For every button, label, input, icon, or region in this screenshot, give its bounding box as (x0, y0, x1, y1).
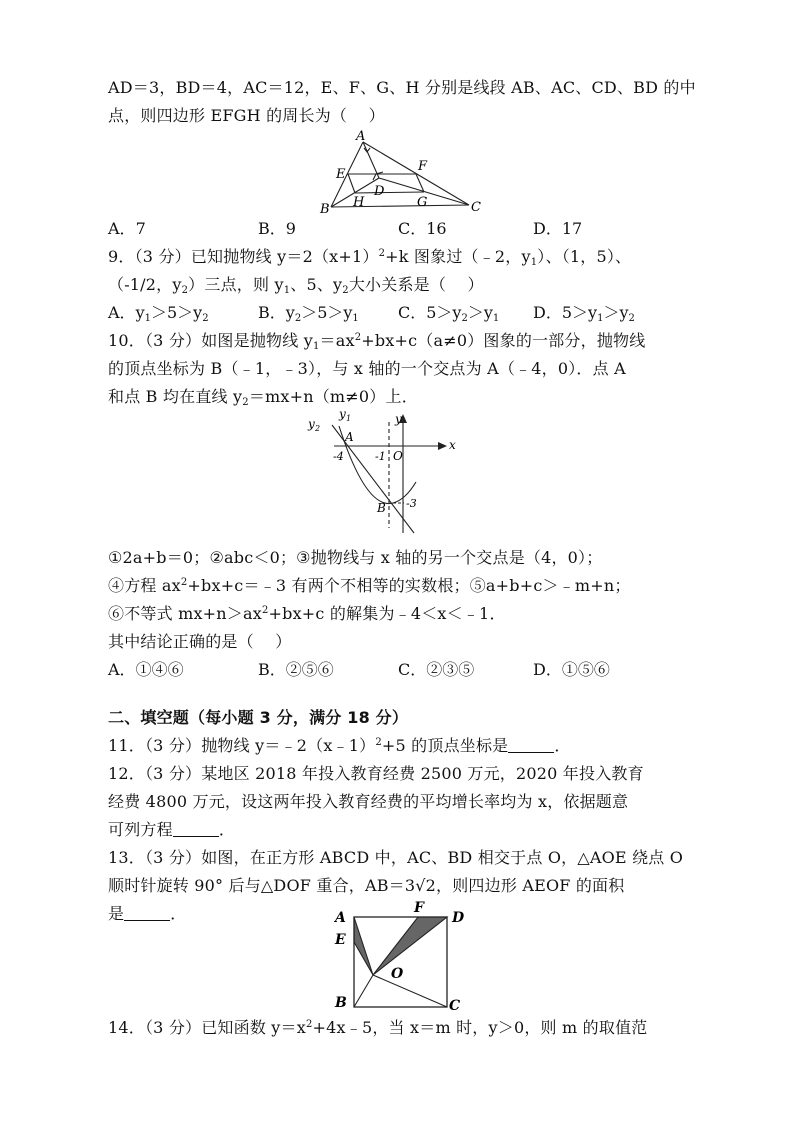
q10-text-line-1: 10．（3 分）如图是抛物线 y1＝ax2+bx+c（a≠0）图象的一部分，抛物… (108, 331, 645, 351)
label-y-axis: y (394, 412, 402, 426)
label-O: O (393, 449, 403, 463)
q12-answer-blank[interactable] (173, 822, 219, 837)
q13-square-figure: A E F D O B C (325, 895, 470, 1013)
label-neg1: -1 (375, 450, 386, 463)
label-O: O (391, 966, 404, 982)
q13-answer-blank[interactable] (124, 906, 170, 921)
label-A: A (355, 129, 365, 144)
q13-text-line-2: 顺时针旋转 90° 后与△DOF 重合，AB＝3√2，则四边形 AEOF 的面积 (108, 876, 624, 896)
label-G: G (417, 195, 427, 210)
svg-text:2: 2 (314, 424, 320, 433)
q9-text-line-2: （-1/2，y2）三点，则 y1、5、y2大小关系是（ ） (108, 275, 484, 295)
label-C: C (471, 200, 481, 215)
q10-option-b[interactable]: B．②⑤⑥ (258, 660, 334, 680)
section-2-heading: 二、填空题（每小题 3 分，满分 18 分） (108, 708, 408, 728)
q13-text-line-1: 13．（3 分）如图，在正方形 ABCD 中，AC、BD 相交于点 O，△AOE… (108, 848, 683, 868)
q9-option-d[interactable]: D．5＞y1＞y2 (533, 303, 635, 323)
q13-text-line-3: 是． (108, 904, 186, 924)
q10-statement-line-3: ⑥不等式 mx+n＞ax2+bx+c 的解集为﹣4＜x＜﹣1． (108, 604, 506, 624)
label-x-axis: x (449, 438, 456, 452)
svg-text:1: 1 (346, 414, 351, 423)
q10-ask: 其中结论正确的是（ ） (108, 632, 292, 652)
label-A: A (344, 430, 354, 444)
label-F: F (417, 159, 428, 174)
label-y2: y (307, 417, 315, 431)
label-D: D (373, 184, 385, 199)
q10-parabola-graph: y 1 y 2 y x A -4 -1 O -3 B (300, 405, 465, 540)
q8-option-c[interactable]: C．16 (398, 219, 447, 239)
label-C: C (449, 998, 460, 1013)
q9-option-a[interactable]: A．y1＞5＞y2 (108, 303, 209, 323)
label-neg3: -3 (406, 497, 417, 510)
q11-text: 11．（3 分）抛物线 y＝﹣2（x﹣1）2+5 的顶点坐标是． (108, 736, 571, 756)
q10-text-line-3: 和点 B 均在直线 y2＝mx+n（m≠0）上． (108, 387, 418, 407)
label-D: D (451, 910, 465, 926)
label-B: B (319, 202, 330, 217)
q12-text-line-3: 可列方程． (108, 820, 235, 840)
label-H: H (352, 195, 365, 210)
q14-text: 14．（3 分）已知函数 y＝x2+4x﹣5，当 x＝m 时，y＞0，则 m 的… (108, 1018, 647, 1038)
q9-option-c[interactable]: C．5＞y2＞y1 (398, 303, 499, 323)
q8-triangle-figure: A E F D H G B C (315, 128, 490, 218)
label-A: A (333, 910, 346, 926)
q10-option-d[interactable]: D．①⑤⑥ (533, 660, 610, 680)
q10-statement-line-1: ①2a+b＝0；②abc＜0；③抛物线与 x 轴的另一个交点是（4，0）； (108, 548, 602, 568)
q8-option-d[interactable]: D．17 (533, 219, 582, 239)
q8-text-line-2: 点，则四边形 EFGH 的周长为（ ） (108, 106, 385, 126)
label-B: B (376, 501, 386, 515)
q10-statement-line-2: ④方程 ax2+bx+c＝﹣3 有两个不相等的实数根；⑤a+b+c＞﹣m+n； (108, 576, 631, 596)
label-y1: y (338, 407, 346, 421)
q9-option-b[interactable]: B．y2＞5＞y1 (258, 303, 359, 323)
label-E: E (334, 932, 346, 948)
q11-answer-blank[interactable] (508, 738, 554, 753)
q12-text-line-2: 经费 4800 万元，设这两年投入教育经费的平均增长率均为 x，依据题意 (108, 792, 628, 812)
label-B: B (334, 995, 347, 1011)
q12-text-line-1: 12．（3 分）某地区 2018 年投入教育经费 2500 万元，2020 年投… (108, 764, 644, 784)
q8-option-b[interactable]: B．9 (258, 219, 296, 239)
q9-text-line-1: 9．（3 分）已知抛物线 y＝2（x+1）2+k 图象过（﹣2，y1）、（1，5… (108, 247, 631, 267)
label-E: E (335, 167, 346, 182)
q10-text-line-2: 的顶点坐标为 B（﹣1，﹣3），与 x 轴的一个交点为 A（﹣4，0）．点 A (108, 359, 626, 379)
q10-option-a[interactable]: A．①④⑥ (108, 660, 184, 680)
q8-text-line-1: AD＝3，BD＝4，AC＝12，E、F、G、H 分别是线段 AB、AC、CD、B… (108, 78, 696, 98)
label-F: F (413, 900, 425, 916)
q10-option-c[interactable]: C．②③⑤ (398, 660, 474, 680)
q8-option-a[interactable]: A．7 (108, 219, 146, 239)
label-neg4: -4 (333, 450, 344, 463)
